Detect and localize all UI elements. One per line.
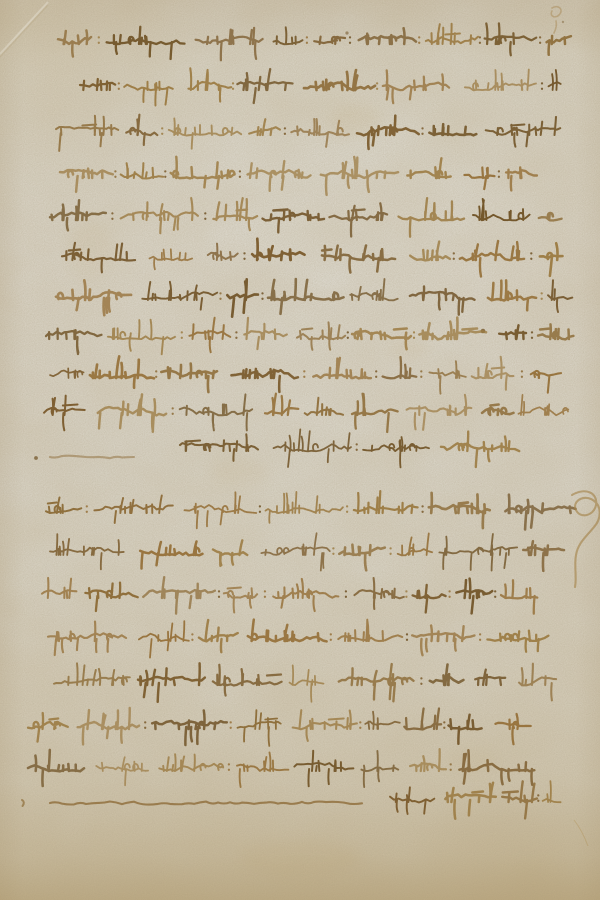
stain [240, 840, 360, 876]
stain [210, 458, 270, 486]
handwriting-layer [0, 0, 600, 900]
manuscript-page [0, 0, 600, 900]
speck [345, 31, 348, 34]
speck [562, 21, 564, 23]
ink-dot [34, 456, 38, 460]
